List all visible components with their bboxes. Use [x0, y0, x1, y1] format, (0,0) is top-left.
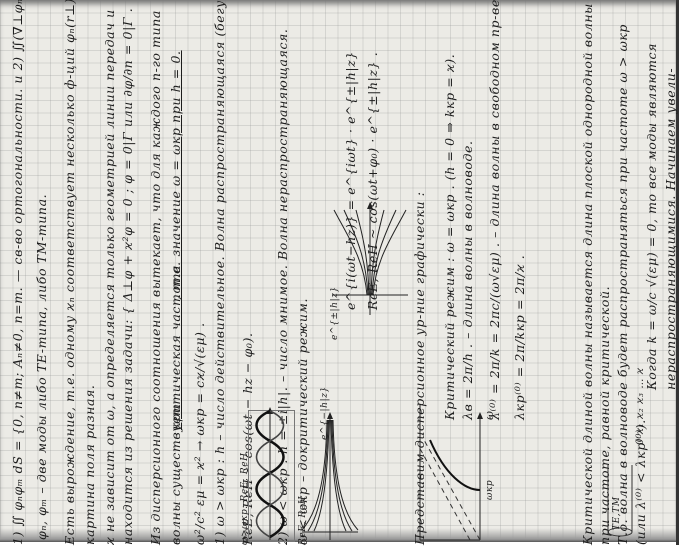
k-ticks: 0 ϰ₁ ϰ₂ ϰ₃ … ϰ [635, 367, 646, 445]
text-line: λкр⁽⁰⁾ = 2π/kкр = 2π/ϰ . [512, 255, 527, 420]
propagating-wave-plot [248, 405, 298, 545]
text-line: картина поля разная. [82, 385, 97, 545]
text-line: Есть вырождение, т.е. одному ϰₙ соответс… [62, 0, 77, 545]
decay-label: e^{−|h|z} [320, 386, 330, 440]
case2-axis-label: ReE, ReH [298, 496, 308, 545]
text-line: Когда k = ω/c √(εμ) = 0, то все моды явл… [644, 43, 659, 390]
text-line: 1) ∬ φₙφₘ dS = {0, n≠m; Aₙ≠0, n=m. — св-… [10, 0, 25, 545]
text-line: Критической длиной волны называется длин… [580, 3, 595, 545]
text-line: λв = 2π/h . – длина волны в волноводе. [460, 140, 475, 420]
graph-wkr: ωкр [485, 480, 495, 500]
text-line: 1) ω > ωкр : h – число действительное. В… [212, 0, 227, 545]
text-line: нераспространяющимися. Начинаем увели- [663, 68, 678, 390]
text-line: Критический режим : ω = ωкр . (h = 0 ⇒ k… [442, 54, 457, 420]
growth-label: e^{±|h|z} [330, 286, 340, 340]
underlined-text: , т.е. значение ω = ωкр при h = 0. [168, 50, 183, 300]
growth-plot [330, 200, 410, 320]
text-line: φₙ, φₘ – две моды либо TE-типа, либо TM-… [34, 194, 49, 540]
case1-axis-label: ω>ωкр: ReE, ReH [240, 452, 250, 545]
graph-w-axis: ω [483, 410, 496, 420]
text-line: находится из решения задачи: { Δ⊥φ + ϰ²φ… [120, 8, 135, 545]
waveguide-label: TE,TM [612, 496, 622, 530]
evanescent-decay-plot [300, 410, 360, 545]
text-line: λ⁽⁰⁾ = 2π/k = 2πc/(ω√εμ) . – длина волны… [487, 0, 502, 420]
text-line: ω²/c² εμ = ϰ² → ωкр = cϰ/√(εμ) . [192, 322, 207, 545]
text-line: Из дисперсионного соотношения вытекает, … [148, 10, 163, 545]
text-line: ϰ не зависит от ω, а определяется только… [102, 9, 117, 545]
dispersion-graph [410, 395, 490, 545]
